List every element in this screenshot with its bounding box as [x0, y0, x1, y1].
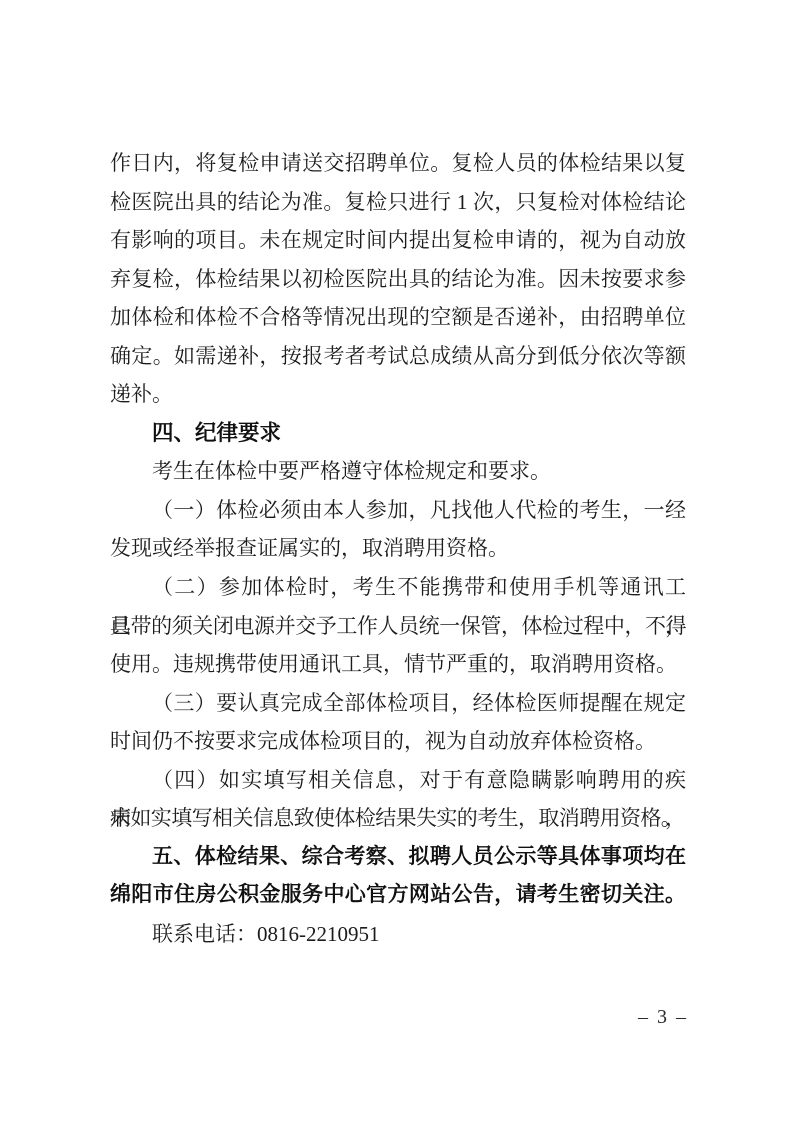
recheck-paragraph-line: 作日内，将复检申请送交招聘单位。复检人员的体检结果以复: [110, 144, 686, 183]
recheck-paragraph-line: 有影响的项目。未在规定时间内提出复检申请的，视为自动放: [110, 221, 686, 260]
recheck-paragraph-line: 递补。: [110, 375, 686, 414]
section-4-heading: 四、纪律要求: [110, 414, 686, 453]
rule-3-line: （三）要认真完成全部体检项目，经体检医师提醒在规定: [110, 684, 686, 723]
rule-4-line: 未如实填写相关信息致使体检结果失实的考生，取消聘用资格。: [110, 799, 686, 838]
document-page: 作日内，将复检申请送交招聘单位。复检人员的体检结果以复 检医院出具的结论为准。复…: [0, 0, 793, 1122]
rule-2-line: 使用。违规携带使用通讯工具，情节严重的，取消聘用资格。: [110, 645, 686, 684]
recheck-paragraph-line: 弃复检，体检结果以初检医院出具的结论为准。因未按要求参: [110, 260, 686, 299]
page-number: – 3 –: [608, 1006, 718, 1029]
recheck-paragraph-line: 检医院出具的结论为准。复检只进行 1 次，只复检对体检结论: [110, 183, 686, 222]
document-body: 作日内，将复检申请送交招聘单位。复检人员的体检结果以复 检医院出具的结论为准。复…: [110, 144, 686, 953]
recheck-paragraph-line: 确定。如需递补，按报考者考试总成绩从高分到低分依次等额: [110, 337, 686, 376]
rule-2-line: 已带的须关闭电源并交予工作人员统一保管，体检过程中，不得: [110, 607, 686, 646]
recheck-paragraph-line: 加体检和体检不合格等情况出现的空额是否递补，由招聘单位: [110, 298, 686, 337]
contact-phone-line: 联系电话：0816-2210951: [110, 915, 686, 954]
rule-2-line: （二）参加体检时，考生不能携带和使用手机等通讯工具，: [110, 568, 686, 607]
discipline-intro-line: 考生在体检中要严格遵守体检规定和要求。: [110, 452, 686, 491]
rule-1-line: 发现或经举报查证属实的，取消聘用资格。: [110, 529, 686, 568]
rule-1-line: （一）体检必须由本人参加，凡找他人代检的考生，一经: [110, 491, 686, 530]
section-5-line: 绵阳市住房公积金服务中心官方网站公告，请考生密切关注。: [110, 876, 686, 915]
rule-4-line: （四）如实填写相关信息，对于有意隐瞒影响聘用的疾病，: [110, 761, 686, 800]
rule-3-line: 时间仍不按要求完成体检项目的，视为自动放弃体检资格。: [110, 722, 686, 761]
section-5-line: 五、体检结果、综合考察、拟聘人员公示等具体事项均在: [110, 838, 686, 877]
